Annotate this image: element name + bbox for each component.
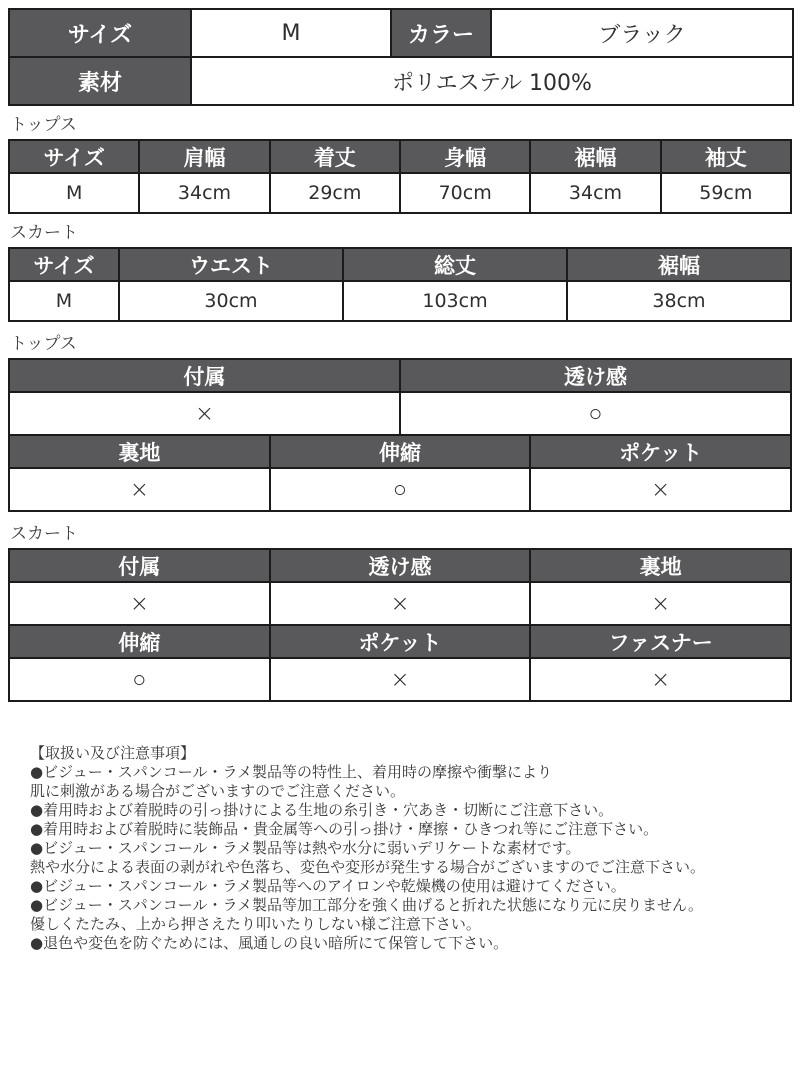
size-value: M: [191, 9, 391, 57]
skirt-features-table-row1: 付属 透け感 裏地 × × ×: [8, 548, 792, 626]
skirt-feature-mark: ×: [270, 658, 531, 701]
tops-measurements-table: サイズ 肩幅 着丈 身幅 裾幅 袖丈 M 34cm 29cm 70cm 34cm…: [8, 139, 792, 214]
care-note-line: 肌に刺激がある場合がございますのでご注意ください。: [30, 782, 782, 801]
skirt-measure-value: 38cm: [567, 281, 791, 321]
tops-measure-value: 29cm: [270, 173, 400, 213]
care-note-line: ●ビジュー・スパンコール・ラメ製品等へのアイロンや乾燥機の使用は避けてください。: [30, 877, 782, 896]
skirt-feature-header: ファスナー: [530, 625, 791, 658]
skirt-col-header: ウエスト: [119, 248, 343, 281]
care-note-line: ●退色や変色を防ぐためには、風通しの良い暗所にて保管して下さい。: [30, 934, 782, 953]
skirt-feature-mark: ×: [530, 582, 791, 625]
tops-feature-header: 裏地: [9, 435, 270, 468]
skirt-feature-mark: ○: [9, 658, 270, 701]
skirt-feature-header: 透け感: [270, 549, 531, 582]
skirt-measure-value: 103cm: [343, 281, 567, 321]
skirt-feature-mark: ×: [270, 582, 531, 625]
tops-feature-header: ポケット: [530, 435, 791, 468]
skirt-features-table-row2: 伸縮 ポケット ファスナー ○ × ×: [8, 624, 792, 702]
care-notes: 【取扱い及び注意事項】 ●ビジュー・スパンコール・ラメ製品等の特性上、着用時の摩…: [30, 744, 782, 953]
tops-measure-value: M: [9, 173, 139, 213]
skirt-feature-mark: ×: [530, 658, 791, 701]
care-note-line: ●ビジュー・スパンコール・ラメ製品等は熱や水分に弱いデリケートな素材です。: [30, 839, 782, 858]
skirt-measurements-section-label: スカート: [10, 223, 792, 243]
skirt-col-header: サイズ: [9, 248, 119, 281]
tops-measure-value: 34cm: [530, 173, 660, 213]
care-note-line: ●着用時および着脱時の引っ掛けによる生地の糸引き・穴あき・切断にご注意下さい。: [30, 801, 782, 820]
product-spec-page: サイズ M カラー ブラック 素材 ポリエステル 100% トップス サイズ 肩…: [0, 0, 800, 1067]
tops-feature-header: 透け感: [400, 359, 791, 392]
tops-features-section-label: トップス: [10, 334, 792, 354]
tops-col-header: 身幅: [400, 140, 530, 173]
care-note-line: ●着用時および着脱時に装飾品・貴金属等への引っ掛け・摩擦・ひきつれ等にご注意下さ…: [30, 820, 782, 839]
skirt-measure-value: M: [9, 281, 119, 321]
product-info-table: サイズ M カラー ブラック 素材 ポリエステル 100%: [8, 8, 794, 106]
tops-feature-mark: ○: [270, 468, 531, 511]
tops-measurements-section-label: トップス: [10, 115, 792, 135]
care-note-line: 熱や水分による表面の剥がれや色落ち、変色や変形が発生する場合がございますのでご注…: [30, 858, 782, 877]
tops-features-table-row2: 裏地 伸縮 ポケット × ○ ×: [8, 434, 792, 512]
skirt-measurements-table: サイズ ウエスト 総丈 裾幅 M 30cm 103cm 38cm: [8, 247, 792, 322]
tops-col-header: 着丈: [270, 140, 400, 173]
material-header: 素材: [9, 57, 191, 105]
tops-feature-mark: ×: [9, 392, 400, 435]
care-note-line: ●ビジュー・スパンコール・ラメ製品等加工部分を強く曲げると折れた状態になり元に戻…: [30, 896, 782, 915]
skirt-features-section-label: スカート: [10, 524, 792, 544]
tops-measure-value: 70cm: [400, 173, 530, 213]
material-value: ポリエステル 100%: [191, 57, 793, 105]
tops-measure-value: 59cm: [661, 173, 791, 213]
skirt-feature-header: ポケット: [270, 625, 531, 658]
tops-features-table-row1: 付属 透け感 × ○: [8, 358, 792, 436]
tops-col-header: 肩幅: [139, 140, 269, 173]
tops-feature-mark: ×: [9, 468, 270, 511]
skirt-feature-header: 付属: [9, 549, 270, 582]
tops-feature-header: 付属: [9, 359, 400, 392]
skirt-col-header: 裾幅: [567, 248, 791, 281]
care-notes-title: 【取扱い及び注意事項】: [30, 744, 782, 763]
tops-col-header: 袖丈: [661, 140, 791, 173]
care-note-line: 優しくたたみ、上から押さえたり叩いたりしない様ご注意下さい。: [30, 915, 782, 934]
color-value: ブラック: [491, 9, 793, 57]
skirt-feature-header: 裏地: [530, 549, 791, 582]
tops-col-header: 裾幅: [530, 140, 660, 173]
tops-col-header: サイズ: [9, 140, 139, 173]
skirt-col-header: 総丈: [343, 248, 567, 281]
tops-feature-mark: ×: [530, 468, 791, 511]
tops-feature-mark: ○: [400, 392, 791, 435]
size-header: サイズ: [9, 9, 191, 57]
skirt-feature-header: 伸縮: [9, 625, 270, 658]
skirt-feature-mark: ×: [9, 582, 270, 625]
color-header: カラー: [391, 9, 491, 57]
tops-measure-value: 34cm: [139, 173, 269, 213]
care-note-line: ●ビジュー・スパンコール・ラメ製品等の特性上、着用時の摩擦や衝撃により: [30, 763, 782, 782]
skirt-measure-value: 30cm: [119, 281, 343, 321]
tops-feature-header: 伸縮: [270, 435, 531, 468]
